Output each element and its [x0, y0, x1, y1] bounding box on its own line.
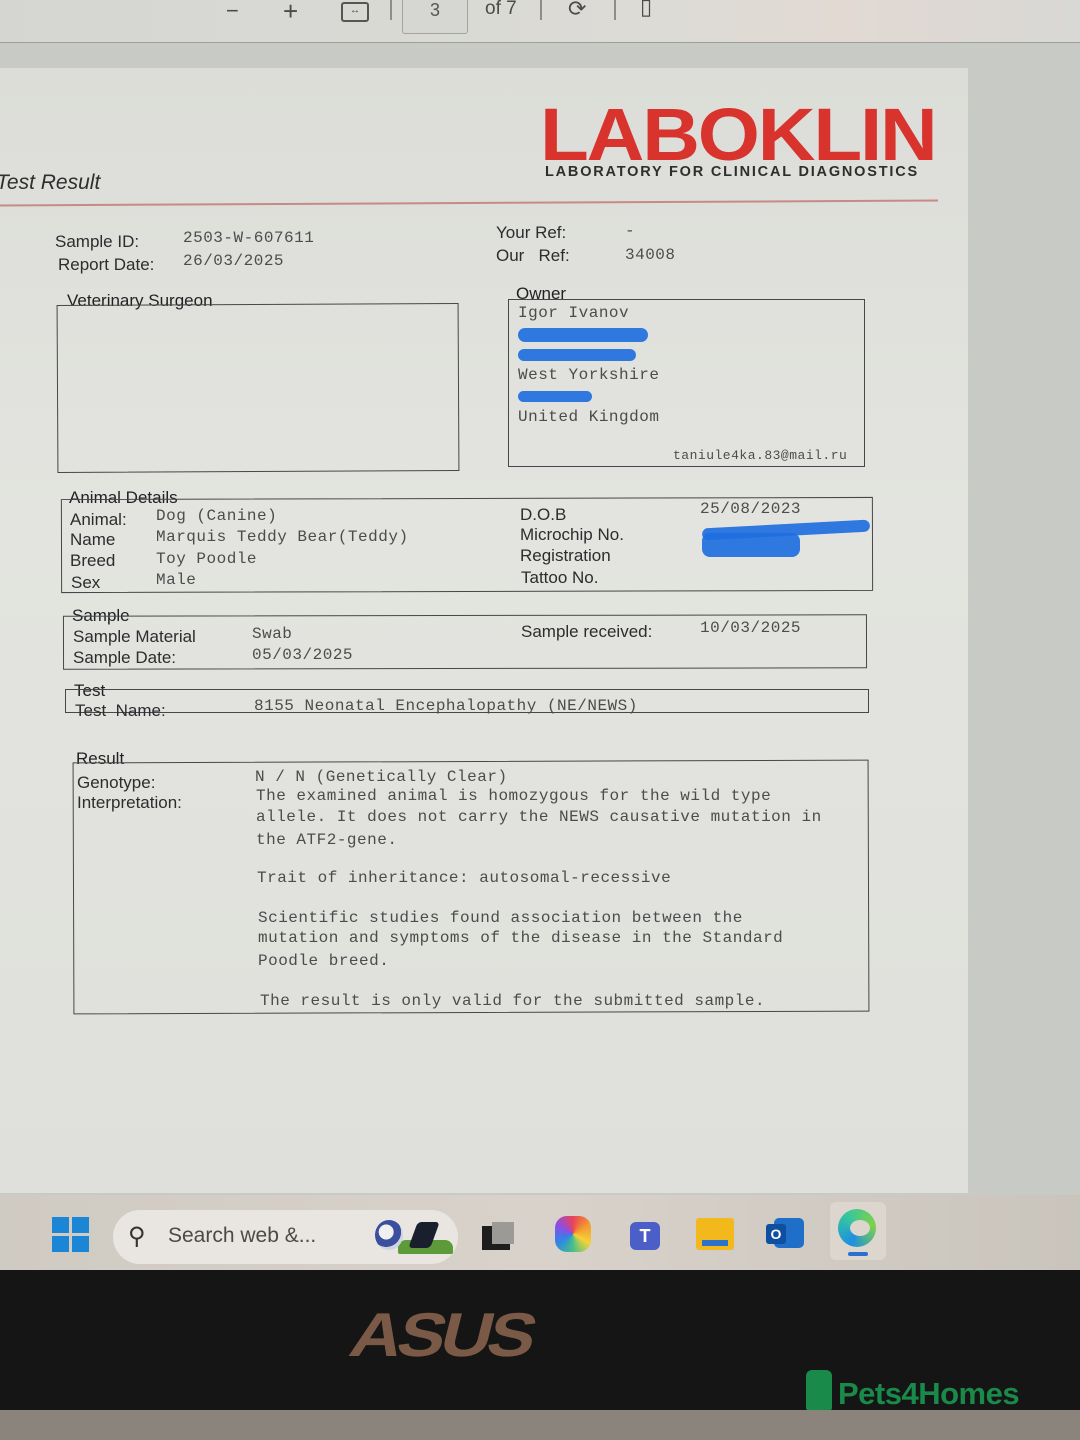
page-title: Test Result [0, 171, 100, 195]
task-view-icon[interactable] [482, 1212, 528, 1256]
zoom-out-button[interactable]: − [226, 0, 239, 22]
page-number-input[interactable]: 3 [402, 0, 468, 34]
edge-icon[interactable] [830, 1202, 886, 1260]
owner-county: West Yorkshire [518, 366, 659, 384]
sample-received-value: 10/03/2025 [700, 619, 801, 637]
zoom-in-button[interactable]: + [283, 0, 298, 22]
windows-start-icon[interactable] [52, 1217, 90, 1253]
sample-received-label: Sample received: [521, 622, 652, 642]
animal-label: Animal: [70, 510, 127, 530]
interpretation-line: the ATF2-gene. [256, 831, 397, 849]
interpretation-line: allele. It does not carry the NEWS causa… [256, 808, 822, 826]
animal-value: Dog (Canine) [156, 507, 277, 525]
teams-icon[interactable]: T [622, 1212, 668, 1256]
dob-value: 25/08/2023 [700, 500, 801, 518]
owner-email: taniule4ka.83@mail.ru [673, 448, 847, 463]
name-value: Marquis Teddy Bear(Teddy) [156, 528, 409, 546]
studies-line: Poodle breed. [258, 952, 389, 970]
asus-logo: ASUS [343, 1300, 540, 1371]
breed-label: Breed [70, 551, 115, 571]
our-ref-label: Our Ref: [496, 246, 570, 266]
breed-value: Toy Poodle [156, 550, 257, 568]
report-date-label: Report Date: [58, 255, 154, 275]
search-icon: ⚲ [128, 1222, 146, 1251]
your-ref-label: Your Ref: [496, 223, 566, 243]
test-name-label: Test Name: [75, 701, 166, 721]
search-placeholder: Search web &... [168, 1224, 316, 1248]
our-ref-value: 34008 [625, 246, 676, 264]
file-explorer-icon[interactable] [694, 1212, 740, 1256]
owner-country: United Kingdom [518, 408, 659, 426]
sample-material-value: Swab [252, 625, 292, 643]
toolbar-divider [540, 0, 542, 20]
copilot-icon[interactable] [553, 1212, 599, 1256]
dob-label: D.O.B [520, 505, 566, 525]
genotype-label: Genotype: [77, 773, 155, 793]
interpretation-line: The examined animal is homozygous for th… [256, 787, 771, 805]
page-view-icon[interactable]: ▯ [640, 0, 652, 18]
report-date-value: 26/03/2025 [183, 252, 284, 270]
redacted-postcode [518, 391, 592, 402]
toolbar-divider [614, 0, 616, 20]
sample-id-label: Sample ID: [55, 232, 139, 252]
rotate-icon[interactable]: ⟳ [568, 0, 586, 20]
page-total: of 7 [485, 0, 517, 20]
taskbar-search[interactable]: ⚲ Search web &... [113, 1210, 458, 1264]
microchip-label: Microchip No. [520, 525, 624, 545]
tattoo-label: Tattoo No. [521, 568, 599, 588]
studies-line: mutation and symptoms of the disease in … [258, 929, 783, 947]
football-icon [375, 1220, 403, 1250]
pets4homes-logo-icon [806, 1370, 832, 1410]
sex-value: Male [156, 571, 196, 589]
owner-name: Igor Ivanov [518, 304, 629, 322]
studies-line: Scientific studies found association bet… [258, 909, 743, 927]
redacted-registration [702, 533, 800, 557]
sample-date-value: 05/03/2025 [252, 646, 353, 664]
name-label: Name [70, 530, 115, 550]
toolbar-divider [390, 0, 392, 20]
sample-material-label: Sample Material [73, 627, 196, 647]
sex-label: Sex [71, 573, 100, 593]
validity-note: The result is only valid for the submitt… [260, 992, 765, 1010]
outlook-icon[interactable]: O [764, 1212, 810, 1256]
fit-width-icon[interactable]: ↔ [341, 2, 369, 22]
lab-tagline: LABORATORY FOR CLINICAL DIAGNOSTICS [545, 164, 919, 180]
redacted-address-line-1 [518, 328, 648, 342]
vet-box [57, 303, 460, 473]
pdf-toolbar: − + ↔ 3 of 7 ⟳ ▯ [0, 0, 1080, 43]
watermark: Pets4Homes [838, 1376, 1019, 1412]
registration-label: Registration [520, 546, 611, 566]
your-ref-value: - [625, 222, 635, 240]
inheritance-text: Trait of inheritance: autosomal-recessiv… [257, 869, 671, 887]
redacted-address-line-2 [518, 349, 636, 361]
interpretation-label: Interpretation: [77, 793, 182, 813]
test-name-value: 8155 Neonatal Encephalopathy (NE/NEWS) [254, 697, 638, 715]
laboklin-logo: LABOKLIN [540, 100, 936, 170]
sample-date-label: Sample Date: [73, 648, 176, 668]
genotype-value: N / N (Genetically Clear) [255, 768, 508, 786]
laptop-base [0, 1410, 1080, 1440]
sample-id-value: 2503-W-607611 [183, 229, 314, 247]
